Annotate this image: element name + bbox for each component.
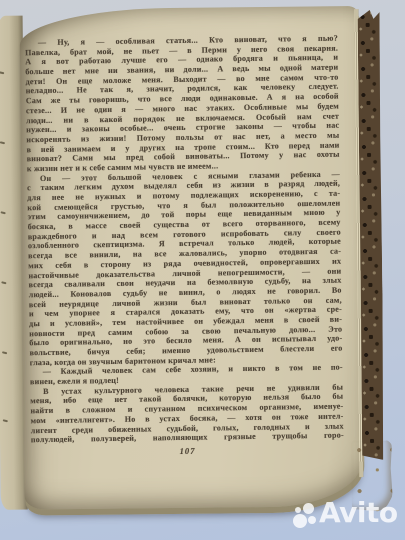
binding-stitch [1,281,6,284]
binding-stitch [0,71,4,74]
binding-stitch [0,141,5,144]
book-photo: — Ну, я — особливая статья... Кто винова… [0,0,405,540]
binding-stitch [2,351,7,354]
binding-stitch [3,419,8,422]
binding-stitch [0,211,5,214]
avito-logo-icon [293,503,319,531]
avito-wordmark: Avito [319,498,398,528]
open-book: — Ну, я — особливая статья... Кто винова… [0,4,397,516]
page-text: — Ну, я — особливая статья... Кто винова… [25,34,344,459]
avito-watermark: Avito [293,498,398,531]
